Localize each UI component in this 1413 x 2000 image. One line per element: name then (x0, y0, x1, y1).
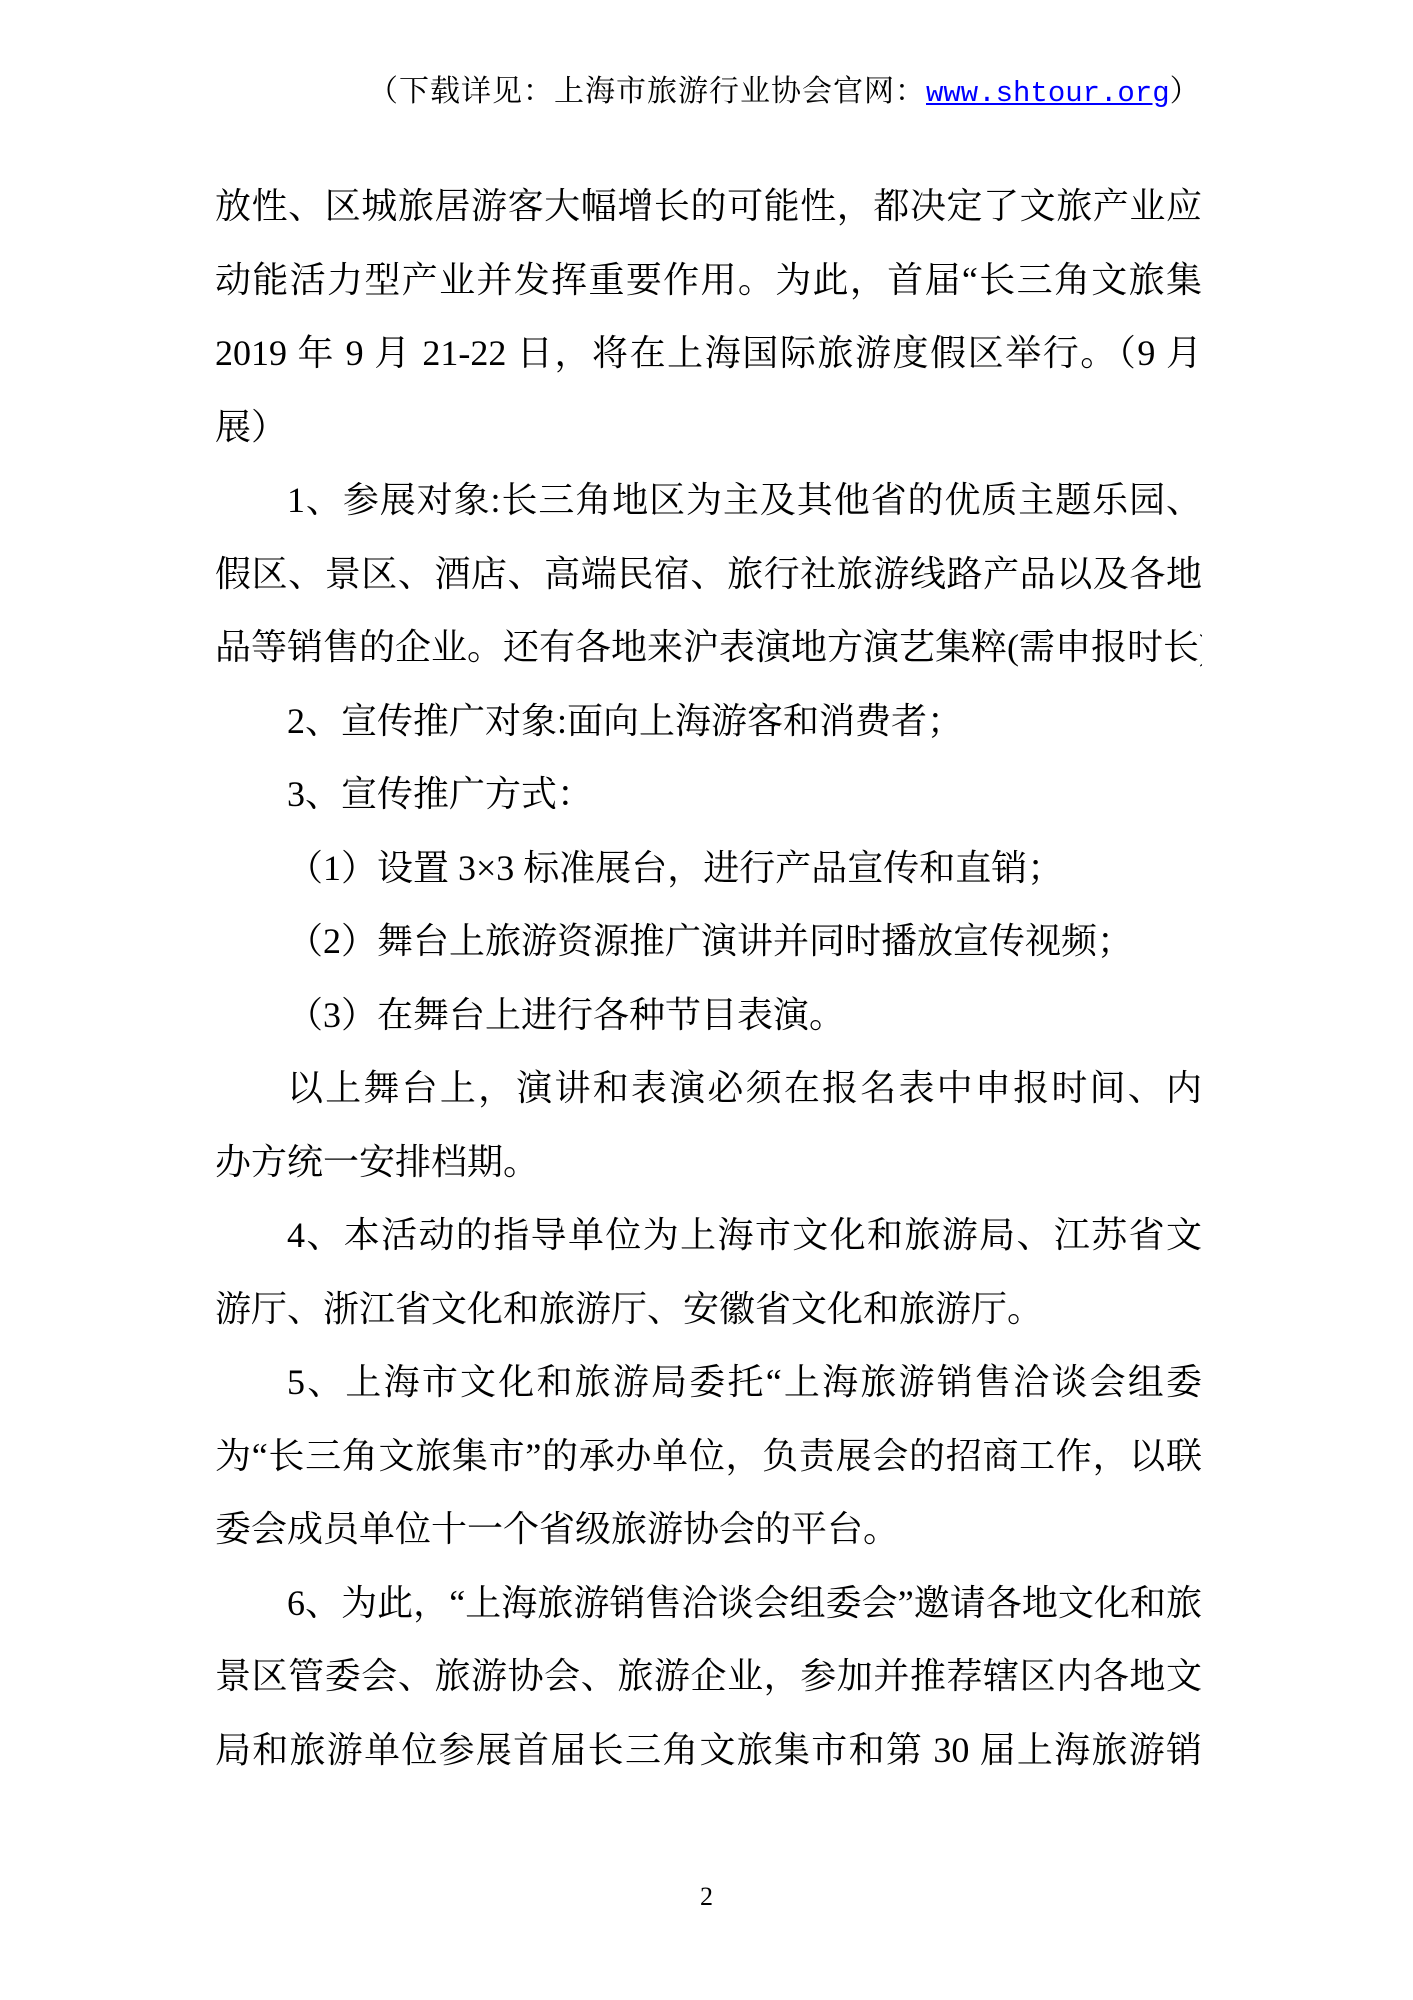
body-line: 2、宣传推广对象:面向上海游客和消费者； (215, 685, 1202, 759)
body-line: （2）舞台上旅游资源推广演讲并同时播放宣传视频； (215, 905, 1202, 979)
body-line: 放性、区城旅居游客大幅增长的可能性，都决定了文旅产业应成为新 (215, 170, 1202, 244)
body-line: 以上舞台上，演讲和表演必须在报名表中申报时间、内容，由承 (215, 1052, 1202, 1126)
download-note-suffix: ） (1170, 75, 1201, 108)
download-note-prefix: （下载详见：上海市旅游行业协会官网： (368, 75, 926, 108)
body-line: （3）在舞台上进行各种节目表演。 (215, 979, 1202, 1053)
body-line: 委会成员单位十一个省级旅游协会的平台。 (215, 1493, 1202, 1567)
body-line: 动能活力型产业并发挥重要作用。为此，首届“长三角文旅集市” 于 (215, 244, 1202, 318)
body-line: 3、宣传推广方式： (215, 758, 1202, 832)
website-link[interactable]: www.shtour.org (926, 77, 1170, 110)
body-line: 景区管委会、旅游协会、旅游企业，参加并推荐辖区内各地文化旅游 (215, 1640, 1202, 1714)
page-number: 2 (0, 1882, 1413, 1912)
body-line: 4、本活动的指导单位为上海市文化和旅游局、江苏省文化和旅 (215, 1199, 1202, 1273)
body-line: 2019 年 9 月 21-22 日，将在上海国际旅游度假区举行。（9 月 20… (215, 317, 1202, 391)
document-body: 放性、区城旅居游客大幅增长的可能性，都决定了文旅产业应成为新 动能活力型产业并发… (215, 170, 1202, 1787)
body-line: 展） (215, 391, 1202, 465)
body-line: 品等销售的企业。还有各地来沪表演地方演艺集粹(需申报时长)。 (215, 611, 1202, 685)
body-line: 局和旅游单位参展首届长三角文旅集市和第 30 届上海旅游销售洽 (215, 1714, 1202, 1788)
body-line: 为“长三角文旅集市”的承办单位，负责展会的招商工作，以联动组 (215, 1420, 1202, 1494)
body-line: 1、参展对象:长三角地区为主及其他省的优质主题乐园、品牌度 (215, 464, 1202, 538)
document-page: （下载详见：上海市旅游行业协会官网：www.shtour.org） 放性、区城旅… (0, 0, 1413, 2000)
body-line: 假区、景区、酒店、高端民宿、旅行社旅游线路产品以及各地特色商 (215, 538, 1202, 612)
body-line: 6、为此，“上海旅游销售洽谈会组委会”邀请各地文化和旅游局、 (215, 1567, 1202, 1641)
body-line: （1）设置 3×3 标准展台，进行产品宣传和直销； (215, 832, 1202, 906)
body-line: 5、上海市文化和旅游局委托“上海旅游销售洽谈会组委会”作 (215, 1346, 1202, 1420)
body-line: 游厅、浙江省文化和旅游厅、安徽省文化和旅游厅。 (215, 1273, 1202, 1347)
body-line: 办方统一安排档期。 (215, 1126, 1202, 1200)
download-note: （下载详见：上海市旅游行业协会官网：www.shtour.org） (368, 70, 1201, 114)
